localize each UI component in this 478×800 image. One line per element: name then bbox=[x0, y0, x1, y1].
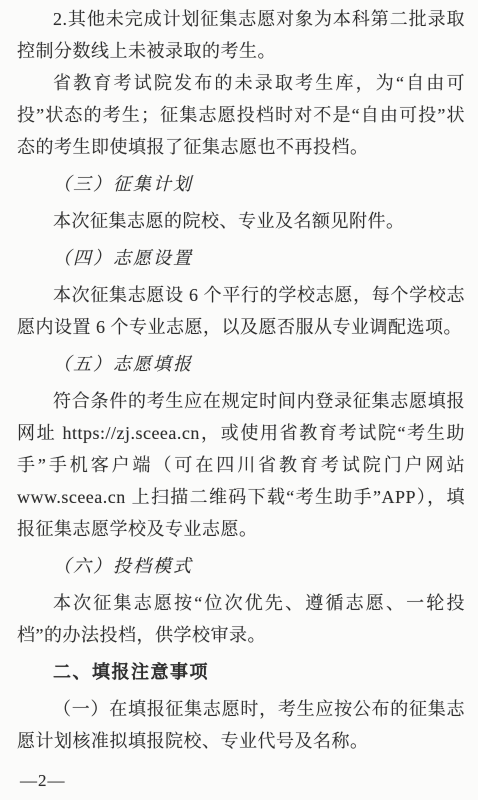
page-number: —2— bbox=[20, 771, 66, 791]
body-paragraph: （一）在填报征集志愿时，考生应按公布的征集志愿计划核准拟填报院校、专业代号及名称… bbox=[17, 693, 465, 757]
section-heading-3: （三）征集计划 bbox=[17, 168, 465, 200]
body-paragraph: 本次征集志愿设 6 个平行的学校志愿，每个学校志愿内设置 6 个专业志愿，以及愿… bbox=[17, 279, 465, 343]
section-heading-6: （六）投档模式 bbox=[17, 550, 465, 582]
major-heading-2: 二、填报注意事项 bbox=[17, 656, 465, 688]
body-paragraph: 本次征集志愿的院校、专业及名额见附件。 bbox=[17, 205, 465, 237]
section-heading-4: （四）志愿设置 bbox=[17, 242, 465, 274]
body-paragraph: 2.其他未完成计划征集志愿对象为本科第二批录取控制分数线上未被录取的考生。 bbox=[17, 3, 465, 67]
body-paragraph: 本次征集志愿按“位次优先、遵循志愿、一轮投档”的办法投档，供学校审录。 bbox=[17, 587, 465, 651]
document-page: 2.其他未完成计划征集志愿对象为本科第二批录取控制分数线上未被录取的考生。省教育… bbox=[0, 0, 478, 800]
body-paragraph: 符合条件的考生应在规定时间内登录征集志愿填报网址 https://zj.scee… bbox=[17, 385, 465, 545]
body-paragraph: 省教育考试院发布的未录取考生库，为“自由可投”状态的考生；征集志愿投档时对不是“… bbox=[17, 67, 465, 163]
document-body: 2.其他未完成计划征集志愿对象为本科第二批录取控制分数线上未被录取的考生。省教育… bbox=[17, 3, 465, 757]
section-heading-5: （五）志愿填报 bbox=[17, 348, 465, 380]
